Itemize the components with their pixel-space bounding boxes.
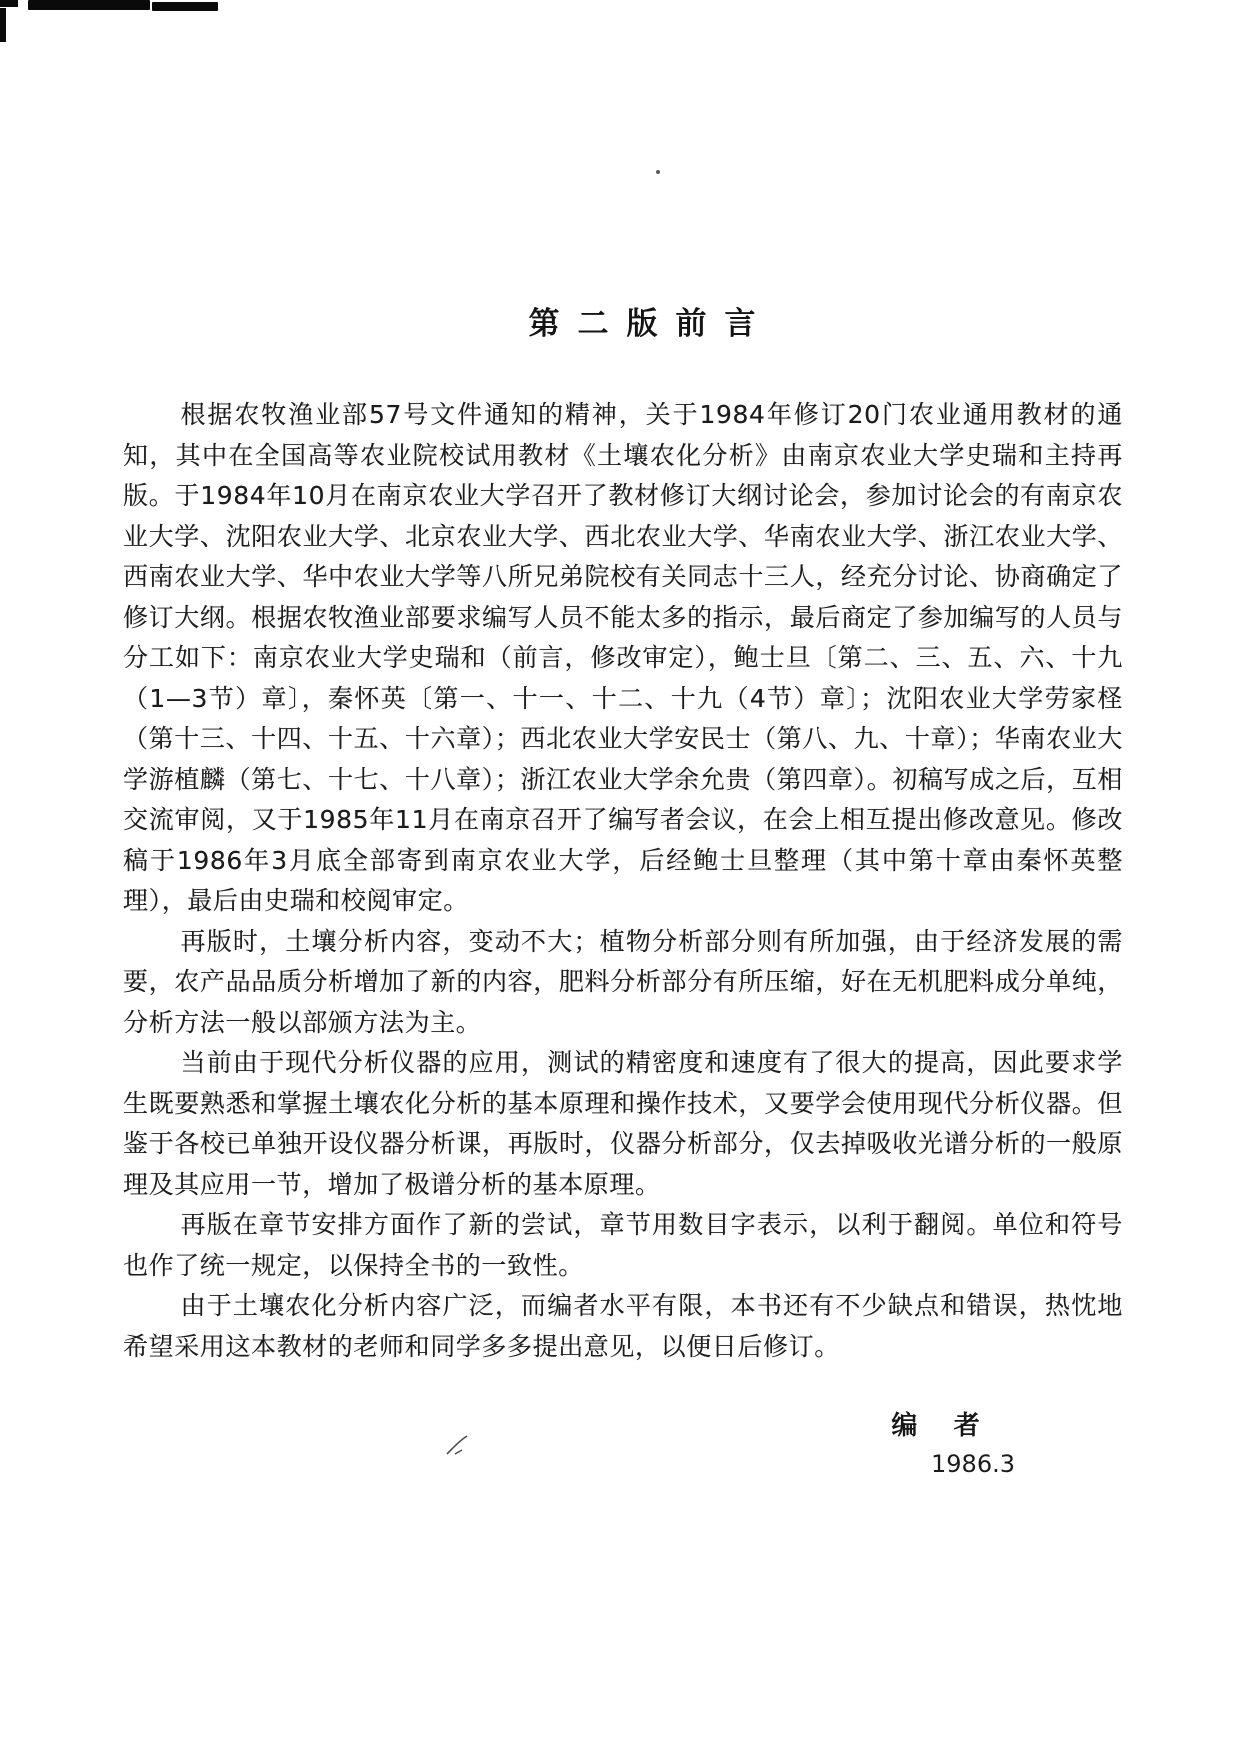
paragraph: 再版时，土壤分析内容，变动不大；植物分析部分则有所加强，由于经济发展的需要，农产… [123, 922, 1123, 1044]
scan-artifact-ink-blob [0, 0, 18, 7]
scan-artifact-ink-blob [0, 8, 6, 42]
author-signature: 编 者 [123, 1405, 1123, 1442]
paragraph: 再版在章节安排方面作了新的尝试，章节用数目字表示，以利于翻阅。单位和符号也作了统… [123, 1205, 1123, 1286]
preface-body: 根据农牧渔业部57号文件通知的精神，关于1984年修订20门农业通用教材的通知，… [123, 395, 1123, 1367]
page-content: 第二版前言 根据农牧渔业部57号文件通知的精神，关于1984年修订20门农业通用… [123, 0, 1123, 1478]
date-stamp: 1986.3 [123, 1450, 1123, 1478]
paragraph: 根据农牧渔业部57号文件通知的精神，关于1984年修订20门农业通用教材的通知，… [123, 395, 1123, 922]
signature-block: 编 者 1986.3 [123, 1405, 1123, 1478]
scribble-mark [443, 1432, 473, 1458]
paragraph: 由于土壤农化分析内容广泛，而编者水平有限，本书还有不少缺点和错误，热忱地希望采用… [123, 1286, 1123, 1367]
page-title: 第二版前言 [123, 298, 1123, 343]
paragraph: 当前由于现代分析仪器的应用，测试的精密度和速度有了很大的提高，因此要求学生既要熟… [123, 1043, 1123, 1205]
scanned-document-page: 第二版前言 根据农牧渔业部57号文件通知的精神，关于1984年修订20门农业通用… [0, 0, 1240, 1754]
